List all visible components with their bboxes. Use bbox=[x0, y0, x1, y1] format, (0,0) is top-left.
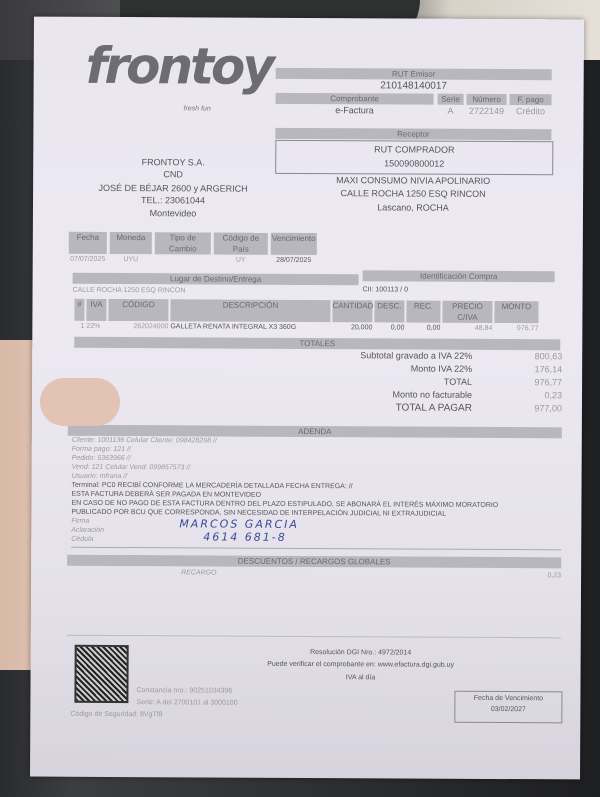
issuer-subtitle: CND bbox=[73, 169, 273, 180]
items-header-row: # IVA CÓDIGO DESCRIPCIÓN CANTIDAD DESC. … bbox=[74, 299, 560, 324]
issuer-city: Montevideo bbox=[73, 208, 273, 219]
item-unit-price: 48,84 bbox=[442, 325, 492, 332]
info-header: Fecha bbox=[69, 232, 107, 254]
total-line-value: 0,23 bbox=[544, 390, 562, 403]
due-date-label: Fecha de Vencimiento bbox=[455, 695, 561, 703]
item-description: GALLETA RENATA INTEGRAL X3 360G bbox=[170, 323, 330, 331]
info-header: Moneda bbox=[110, 232, 152, 254]
items-header: IVA bbox=[86, 299, 106, 321]
total-line-label: Monto IVA 22% bbox=[292, 363, 472, 377]
items-header: CÓDIGO bbox=[108, 299, 168, 321]
receptor-label: Receptor bbox=[275, 128, 551, 140]
item-quantity: 20,000 bbox=[332, 324, 372, 331]
adenda-divider bbox=[71, 547, 561, 551]
receptor-rut-box: RUT COMPRADOR 150090800012 bbox=[275, 140, 553, 175]
item-number: 1 bbox=[74, 323, 84, 330]
numero-label: Número bbox=[467, 94, 507, 105]
issuer-logo-tagline: fresh fun bbox=[183, 105, 210, 112]
pago-label: F. pago bbox=[510, 94, 552, 105]
total-line-label: Monto no facturable bbox=[292, 389, 472, 403]
due-date-value: 03/02/2027 bbox=[455, 706, 561, 714]
info-value-currency: UYU bbox=[110, 256, 152, 263]
total-line-value: 176,14 bbox=[535, 364, 563, 377]
info-header: Tipo de Cambio bbox=[155, 232, 211, 254]
totals-label: TOTALES bbox=[74, 337, 560, 351]
table-row: 1 22% 262024000 GALLETA RENATA INTEGRAL … bbox=[74, 323, 560, 333]
items-header: # bbox=[74, 299, 84, 321]
rut-comprador-label: RUT COMPRADOR bbox=[276, 144, 552, 155]
total-due-line: TOTAL A PAGAR 977,00 bbox=[292, 402, 562, 416]
receptor-name: MAXI CONSUMO NIVIA APOLINARIO bbox=[275, 175, 551, 186]
serie-range: Serie: A del 2700101 al 3000100 bbox=[136, 699, 237, 707]
numero-value: 2722149 bbox=[466, 106, 506, 116]
delivery-label: Lugar de Destino/Entrega bbox=[73, 273, 359, 285]
handwritten-id: 4614 681-8 bbox=[203, 530, 287, 543]
issuer-logo: frontoy bbox=[86, 37, 273, 96]
item-surcharge: 0,00 bbox=[406, 325, 440, 332]
issuer-address: JOSÉ DE BÉJAR 2600 y ARGERICH bbox=[73, 183, 273, 194]
item-discount: 0,00 bbox=[374, 324, 404, 331]
security-code: Código de Seguridad: 8VgTf8 bbox=[70, 711, 162, 718]
items-header: DESCRIPCIÓN bbox=[170, 299, 330, 322]
totals-block: Subtotal gravado a IVA 22% 800,63 Monto … bbox=[292, 350, 562, 416]
global-adjustment-type: RECARGO bbox=[181, 569, 216, 576]
info-header: Código de País bbox=[214, 233, 268, 255]
pago-value: Crédito bbox=[509, 106, 551, 116]
qr-code bbox=[74, 645, 128, 703]
item-code: 262024000 bbox=[108, 323, 168, 330]
items-header: PRECIO C/IVA bbox=[442, 301, 492, 323]
item-iva: 22% bbox=[86, 323, 106, 330]
receptor-city: Lascano, ROCHA bbox=[275, 202, 551, 213]
constancia: Constancia nro.: 90251034396 bbox=[136, 687, 232, 695]
items-header: MONTO bbox=[494, 301, 538, 323]
comprobante-value: e-Factura bbox=[275, 105, 433, 116]
info-value-due: 28/07/2025 bbox=[271, 257, 317, 264]
rut-emisor-label: RUT Emisor bbox=[276, 68, 552, 80]
footer-divider bbox=[67, 635, 561, 639]
handwritten-name: MARCOS GARCIA bbox=[179, 517, 299, 531]
purchase-id-value: CII: 100113 / 0 bbox=[363, 286, 408, 293]
info-value-country: UY bbox=[214, 257, 268, 264]
info-value-date: 07/07/2025 bbox=[69, 256, 107, 263]
items-header: CANTIDAD bbox=[332, 300, 372, 322]
info-value-exchange bbox=[155, 256, 211, 263]
adenda-block: Cliente: 1001136 Celular Cliente: 098428… bbox=[71, 437, 562, 548]
thumb bbox=[40, 378, 120, 426]
global-adjustments-label: DESCUENTOS / RECARGOS GLOBALES bbox=[67, 555, 561, 569]
rut-comprador-value: 150090800012 bbox=[276, 158, 552, 169]
verify-text: Puede verificar el comprobante en: www.e… bbox=[211, 660, 511, 669]
issuer-name: FRONTOY S.A. bbox=[73, 157, 273, 168]
items-header: DESC. bbox=[374, 300, 404, 322]
info-table: Fecha Moneda Tipo de Cambio Código de Pa… bbox=[69, 232, 331, 264]
item-amount: 976,77 bbox=[494, 325, 538, 332]
total-line-value: 800,63 bbox=[535, 351, 563, 364]
total-due-label: TOTAL A PAGAR bbox=[292, 402, 472, 416]
total-line-label: TOTAL bbox=[292, 376, 472, 390]
total-line-label: Subtotal gravado a IVA 22% bbox=[292, 350, 472, 364]
total-due-value: 977,00 bbox=[534, 403, 562, 416]
total-line-value: 976,77 bbox=[535, 377, 563, 390]
serie-label: Serie bbox=[438, 94, 464, 105]
serie-value: A bbox=[437, 106, 463, 116]
cedula-label: Cédula bbox=[71, 536, 561, 548]
purchase-id-label: Identificación Compra bbox=[363, 270, 555, 282]
issuer-phone: TEL.: 23061044 bbox=[73, 195, 273, 206]
dgi-resolution: Resolución DGI Nro.: 4972/2014 bbox=[211, 648, 511, 657]
comprobante-label: Comprobante bbox=[276, 93, 434, 105]
rut-emisor-value: 210148140017 bbox=[276, 80, 552, 92]
items-table: # IVA CÓDIGO DESCRIPCIÓN CANTIDAD DESC. … bbox=[74, 299, 560, 333]
info-header: Vencimiento bbox=[271, 233, 317, 255]
receptor-address: CALLE ROCHA 1250 ESQ RINCON bbox=[275, 188, 551, 199]
items-header: REC. bbox=[406, 301, 440, 323]
global-adjustment-value: 0,23 bbox=[511, 572, 561, 579]
iva-status: IVA al día bbox=[211, 673, 511, 682]
delivery-value: CALLE ROCHA 1250 ESQ RINCON bbox=[73, 287, 186, 295]
due-date-box: Fecha de Vencimiento 03/02/2027 bbox=[454, 691, 562, 724]
